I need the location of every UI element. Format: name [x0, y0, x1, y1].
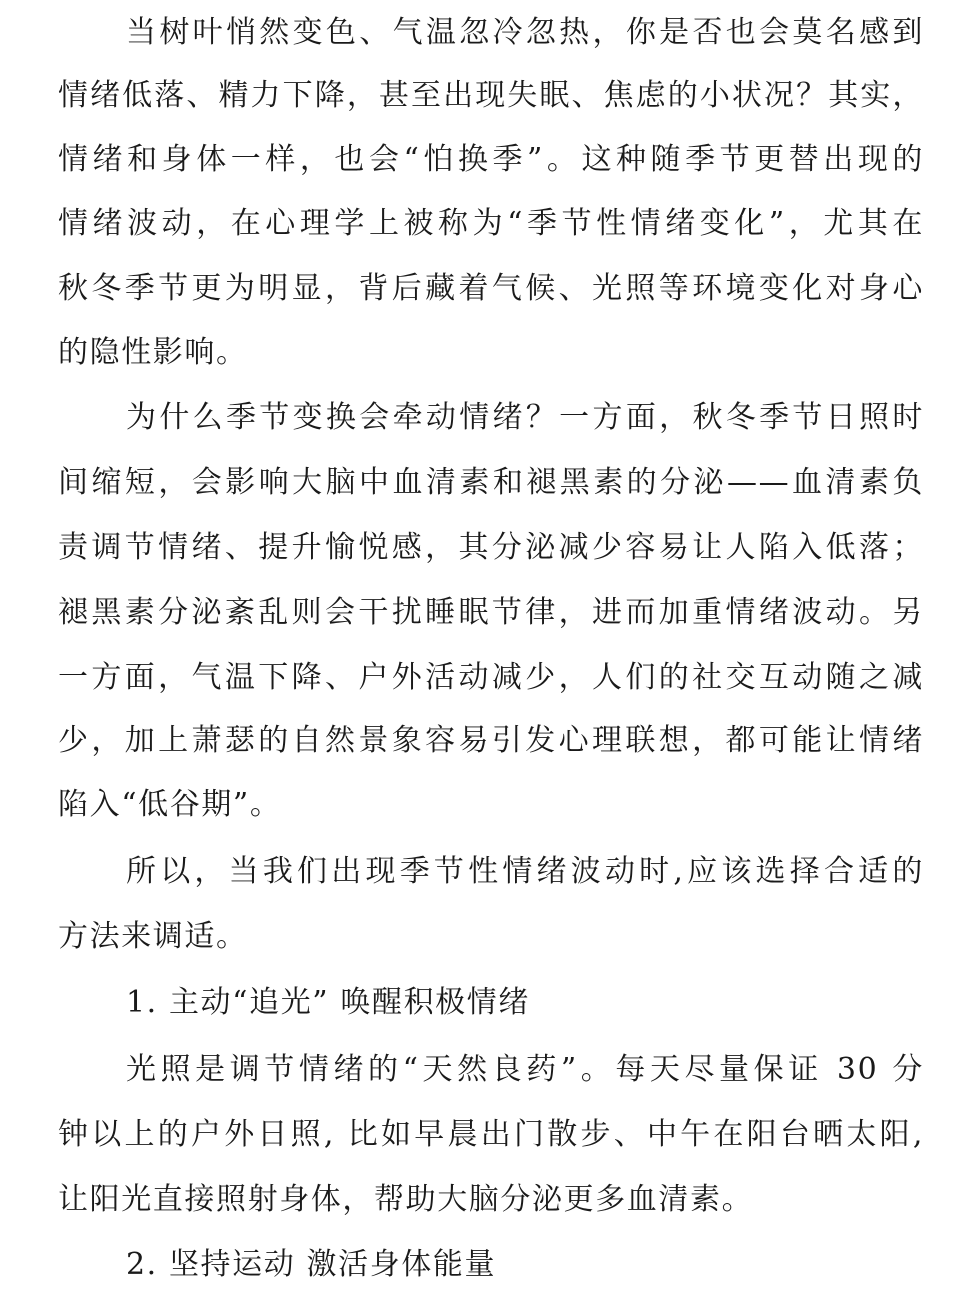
text-line: 光照是调节情绪的“天然良药”。每天尽量保证 30 分	[126, 1050, 924, 1090]
text-line: 少，加上萧瑟的自然景象容易引发心理联想，都可能让情绪	[58, 721, 924, 761]
document-page: 当树叶悄然变色、气温忽冷忽热，你是否也会莫名感到 情绪低落、精力下降，甚至出现失…	[0, 0, 980, 1294]
text-line: 秋冬季节更为明显，背后藏着气候、光照等环境变化对身心	[58, 269, 924, 309]
text-line: 方法来调适。	[58, 917, 924, 957]
text-line: 让阳光直接照射身体，帮助大脑分泌更多血清素。	[58, 1180, 924, 1220]
text-line: 所以，当我们出现季节性情绪波动时,应该选择合适的	[126, 852, 924, 892]
text-line: 责调节情绪、提升愉悦感，其分泌减少容易让人陷入低落；	[58, 528, 924, 568]
text-line: 情绪和身体一样，也会“怕换季”。这种随季节更替出现的	[58, 140, 924, 180]
text-line: 为什么季节变换会牵动情绪？一方面，秋冬季节日照时	[126, 398, 924, 438]
text-line: 当树叶悄然变色、气温忽冷忽热，你是否也会莫名感到	[126, 13, 924, 53]
text-line: 陷入“低谷期”。	[58, 785, 924, 825]
text-line: 的隐性影响。	[58, 333, 924, 373]
text-line: 钟以上的户外日照, 比如早晨出门散步、中午在阳台晒太阳,	[58, 1115, 924, 1155]
text-line: 褪黑素分泌紊乱则会干扰睡眠节律，进而加重情绪波动。另	[58, 593, 924, 633]
heading-text: 2. 坚持运动 激活身体能量	[126, 1245, 924, 1285]
text-line: 间缩短，会影响大脑中血清素和褪黑素的分泌——血清素负	[58, 463, 924, 503]
text-line: 一方面，气温下降、户外活动减少，人们的社交互动随之减	[58, 658, 924, 698]
heading-text: 1. 主动“追光” 唤醒积极情绪	[126, 983, 924, 1023]
text-line: 情绪低落、精力下降，甚至出现失眠、焦虑的小状况？其实，	[58, 76, 924, 116]
text-line: 情绪波动，在心理学上被称为“季节性情绪变化”，尤其在	[58, 204, 924, 244]
